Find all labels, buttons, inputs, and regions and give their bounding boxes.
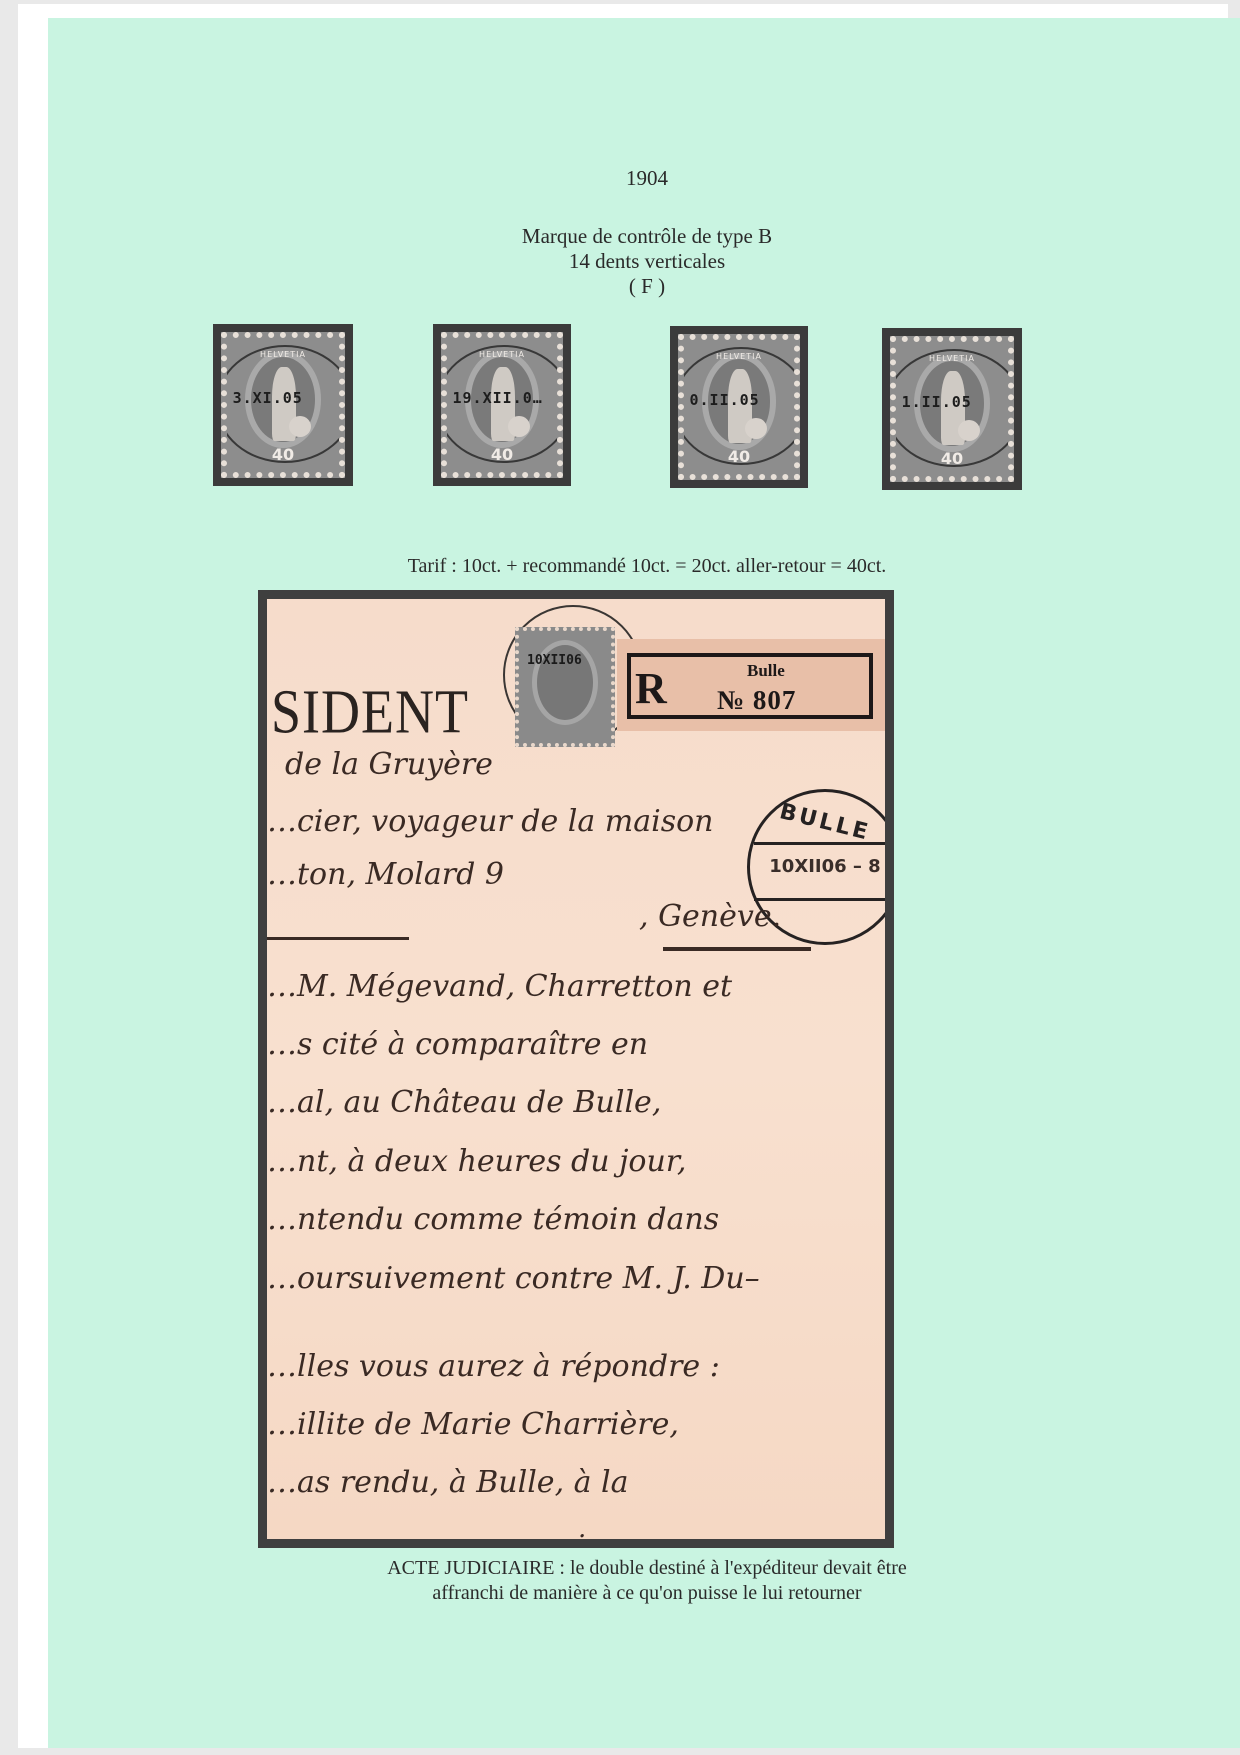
stamp-mount-2: HELVETIA 19.XII.0… 40: [433, 324, 571, 486]
handwriting-line: …lles vous aurez à répondre :: [267, 1349, 720, 1384]
handwriting-line: …as rendu, à Bulle, à la: [267, 1465, 629, 1500]
handwriting-line: …oursuivement contre M. J. Du–: [267, 1261, 760, 1296]
registration-number: № 807: [717, 685, 796, 716]
stamp-mount-3: HELVETIA 0.II.05 40: [670, 326, 808, 488]
handwriting-line: …nt, à deux heures du jour,: [267, 1144, 686, 1179]
subtitle-line-3: ( F ): [48, 274, 1240, 299]
tarif-text: Tarif : 10ct. + recommandé 10ct. = 20ct.…: [48, 555, 1240, 578]
paper-sheet: 1904 Marque de contrôle de type B 14 den…: [18, 4, 1228, 1748]
handwriting-line: …cier, voyageur de la maison: [267, 804, 713, 839]
caption-line-1: ACTE JUDICIAIRE : le double destiné à l'…: [48, 1556, 1240, 1581]
handwriting-line: …ton, Molard 9: [267, 857, 504, 892]
divider-rule: [663, 947, 811, 951]
stamp-40c-2: HELVETIA 19.XII.0… 40: [441, 332, 563, 478]
registration-office: Bulle: [747, 661, 785, 681]
stamp-40c-1: HELVETIA 3.XI.05 40: [221, 332, 345, 478]
handwriting-line: …illite de Marie Charrière,: [267, 1407, 679, 1442]
handwriting-line: de la Gruyère: [285, 747, 493, 782]
page-subtitle: Marque de contrôle de type B 14 dents ve…: [48, 224, 1240, 299]
caption: ACTE JUDICIAIRE : le double destiné à l'…: [48, 1556, 1240, 1606]
caption-line-2: affranchi de manière à ce qu'on puisse l…: [48, 1581, 1240, 1606]
handwriting-line: …ntendu comme témoin dans: [267, 1202, 719, 1237]
subtitle-line-1: Marque de contrôle de type B: [48, 224, 1240, 249]
stamp-value: 40: [447, 445, 557, 464]
document-mount: SIDENT 10XII06 R Bulle № 807 BULLE 10XII…: [258, 590, 894, 1548]
printed-heading: SIDENT: [271, 676, 469, 747]
stamp-value: 40: [227, 445, 339, 464]
stamp-40c-4: HELVETIA 1.II.05 40: [890, 336, 1014, 482]
document-stamp-40c: 10XII06: [515, 627, 615, 747]
handwriting-line: …s cité à comparaître en: [267, 1027, 648, 1062]
registration-letter: R: [635, 663, 667, 714]
stamp-cancel-date: 0.II.05: [690, 391, 760, 409]
postmark-bar: [754, 842, 885, 845]
registration-label: R Bulle № 807: [617, 639, 885, 731]
handwriting-line: …M. Mégevand, Charretton et: [267, 969, 732, 1004]
document-stamp-cancel: 10XII06: [527, 653, 582, 668]
stamp-cancel-date: 1.II.05: [902, 393, 972, 411]
judicial-document: SIDENT 10XII06 R Bulle № 807 BULLE 10XII…: [267, 599, 885, 1539]
divider-rule: [267, 937, 409, 940]
postmark-date: 10XII06 – 8: [750, 856, 885, 877]
subtitle-line-2: 14 dents verticales: [48, 249, 1240, 274]
stamp-value: 40: [684, 447, 794, 466]
handwriting-line: …s, pour vous renseigner sur: [267, 1529, 715, 1539]
stamp-cancel-date: 3.XI.05: [233, 389, 303, 407]
stamp-mount-4: HELVETIA 1.II.05 40: [882, 328, 1022, 490]
page-year: 1904: [48, 166, 1240, 191]
stamp-value: 40: [896, 449, 1008, 468]
handwriting-line: …al, au Château de Bulle,: [267, 1085, 661, 1120]
stamp-cancel-date: 19.XII.0…: [453, 389, 543, 407]
stamp-mount-1: HELVETIA 3.XI.05 40: [213, 324, 353, 486]
album-page: 1904 Marque de contrôle de type B 14 den…: [48, 18, 1240, 1748]
handwriting-line: , Genève.: [639, 899, 781, 934]
stamp-40c-3: HELVETIA 0.II.05 40: [678, 334, 800, 480]
